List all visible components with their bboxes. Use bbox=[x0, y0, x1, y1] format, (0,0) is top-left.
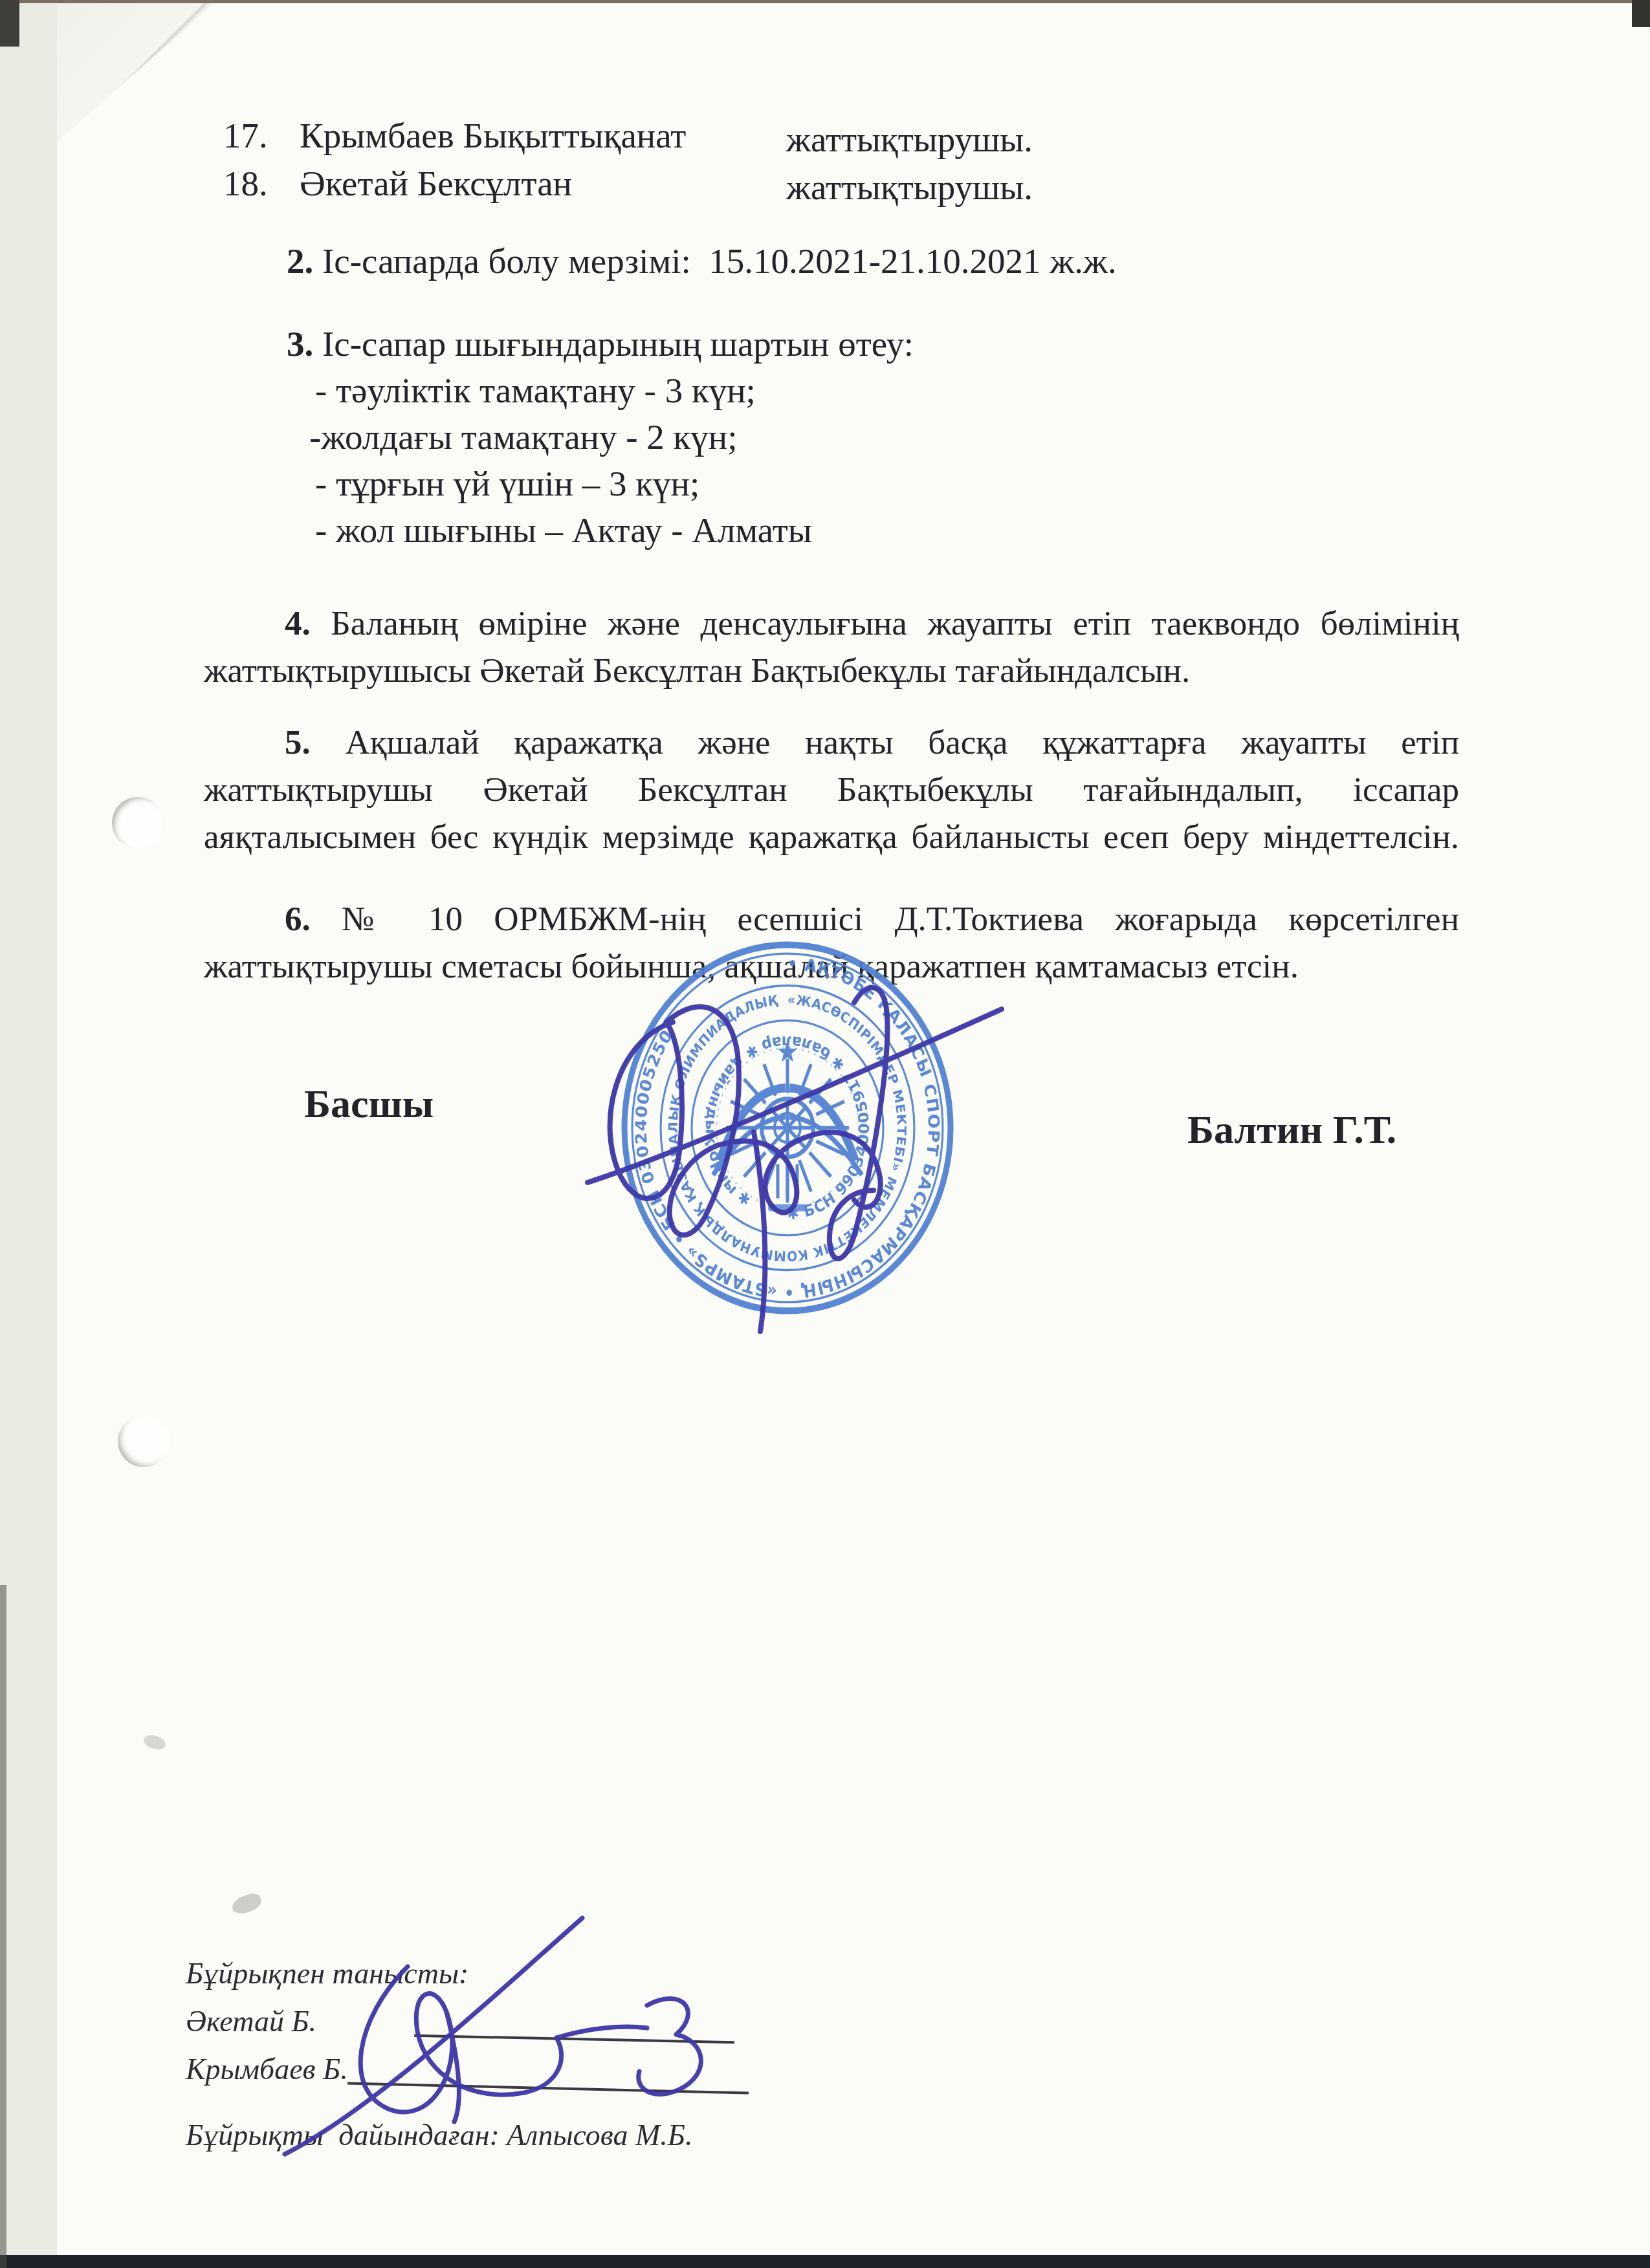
roster-row-18: 18.Әкетай Бексұлтан жаттықтырушы. bbox=[223, 163, 572, 204]
clause-3-intro: Іс-сапар шығындарының шартын өтеу: bbox=[313, 324, 914, 364]
scan-bottom-edge bbox=[0, 2255, 1650, 2268]
clause-5-text-1: Ақшалай қаражатқа және нақты басқа құжат… bbox=[311, 724, 1459, 761]
director-signature bbox=[401, 944, 1126, 1352]
scan-left-edge-shadow bbox=[0, 1585, 6, 2268]
clause-6-number: 6. bbox=[285, 900, 311, 938]
roster-number: 18. bbox=[223, 163, 300, 204]
clause-2-text: Іс-сапарда болу мерзімі: 15.10.2021-21.1… bbox=[313, 241, 1117, 281]
hole-punch-top bbox=[112, 797, 164, 849]
scanner-background-strip bbox=[0, 0, 57, 2268]
roster-name: Әкетай Бексұлтан bbox=[300, 164, 572, 203]
clause-4-line-2: жаттықтырушысы Әкетай Бексұлтан Бақтыбек… bbox=[204, 648, 1459, 695]
clause-2: 2. Іс-сапарда болу мерзімі: 15.10.2021-2… bbox=[287, 241, 1117, 283]
roster-name: Крымбаев Бықыттықанат bbox=[300, 116, 686, 155]
clause-5-line-1: 5. Ақшалай қаражатқа және нақты басқа құ… bbox=[204, 719, 1459, 767]
clause-4-line-1: 4. Баланың өміріне және денсаулығына жау… bbox=[204, 600, 1459, 648]
clause-6-text-1: № 10 ОРМБЖМ-нің есепшісі Д.Т.Токтиева жо… bbox=[311, 900, 1459, 938]
clause-4: 4. Баланың өміріне және денсаулығына жау… bbox=[204, 600, 1459, 695]
hole-punch-bottom bbox=[118, 1415, 170, 1467]
clause-3-item-4: - жол шығыны – Актау - Алматы bbox=[315, 510, 812, 552]
roster-role: жаттықтырушы. bbox=[786, 119, 1033, 160]
clause-3: 3. Іс-сапар шығындарының шартын өтеу: bbox=[287, 323, 914, 365]
clause-4-number: 4. bbox=[285, 605, 311, 642]
clause-5: 5. Ақшалай қаражатқа және нақты басқа құ… bbox=[204, 719, 1459, 861]
clause-5-number: 5. bbox=[285, 724, 311, 761]
roster-row-17: 17.Крымбаев Бықыттықанат жаттықтырушы. bbox=[223, 115, 686, 156]
clause-4-text-1: Баланың өміріне және денсаулығына жауапт… bbox=[311, 605, 1459, 642]
clause-3-item-2: -жолдағы тамақтану - 2 күн; bbox=[309, 417, 738, 459]
roster-number: 17. bbox=[223, 115, 300, 156]
signatory-name: Балтин Г.Т. bbox=[1187, 1107, 1396, 1153]
roster-role: жаттықтырушы. bbox=[786, 167, 1033, 208]
acknowledgement-signature bbox=[246, 1908, 828, 2180]
clause-5-line-3: аяқталысымен бес күндік мерзімде қаражат… bbox=[204, 814, 1459, 861]
clause-3-item-3: - тұрғын үй үшін – 3 күн; bbox=[315, 463, 699, 505]
scan-corner-top-right bbox=[1632, 0, 1650, 27]
clause-5-line-2: жаттықтырушы Әкетай Бексұлтан Бақтыбекұл… bbox=[204, 767, 1459, 814]
clause-2-number: 2. bbox=[287, 241, 313, 281]
clause-3-item-1: - тәуліктік тамақтану - 3 күн; bbox=[315, 370, 756, 412]
clause-3-number: 3. bbox=[287, 324, 313, 364]
scan-corner-top-left bbox=[0, 0, 19, 47]
scan-top-edge bbox=[0, 0, 1650, 3]
